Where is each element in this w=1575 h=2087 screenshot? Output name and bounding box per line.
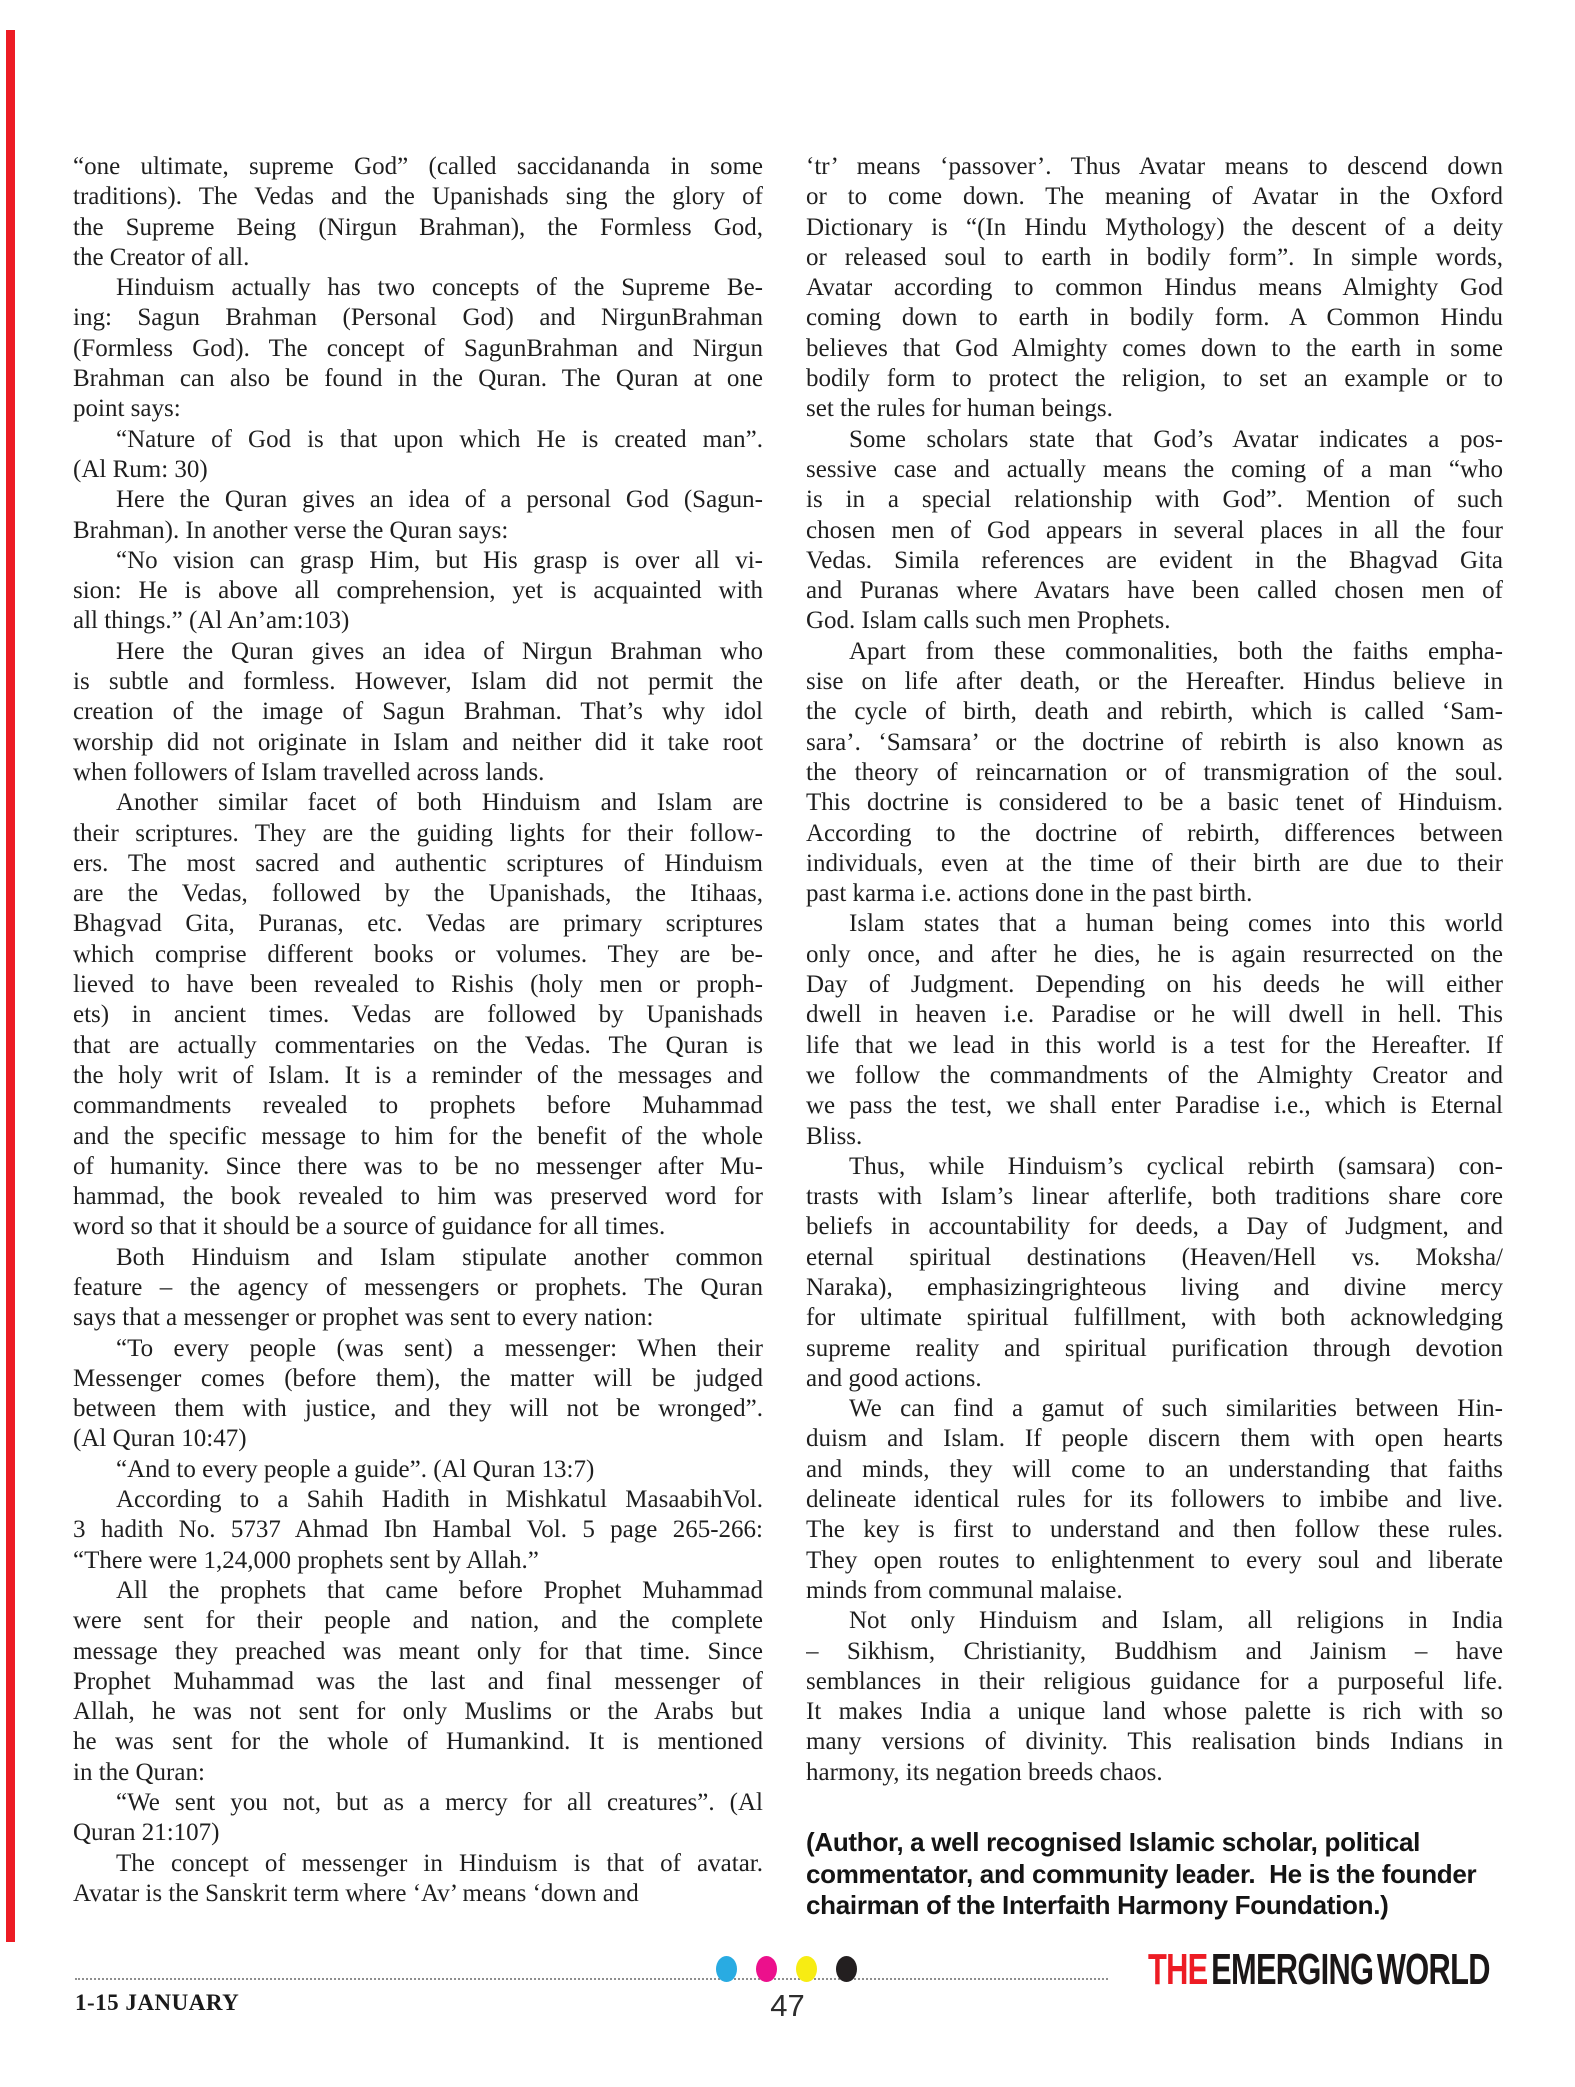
text-line: Bhagvad Gita, Puranas, etc. Vedas are pr… [73, 909, 763, 939]
magazine-page: “one ultimate, supreme God” (called sacc… [0, 0, 1575, 2087]
logo-emerging-world-text: EMERGING WORLD [1211, 1945, 1490, 1994]
text-line: the holy writ of Islam. It is a reminder… [73, 1061, 763, 1091]
paragraph: Both Hinduism and Islam stipulate anothe… [73, 1243, 763, 1334]
text-line: According to the doctrine of rebirth, di… [806, 819, 1503, 849]
text-line: commandments revealed to prophets before… [73, 1091, 763, 1121]
text-line: Day of Judgment. Depending on his deeds … [806, 970, 1503, 1000]
text-line: Hinduism actually has two concepts of th… [73, 273, 763, 303]
text-line: Here the Quran gives an idea of a person… [73, 485, 763, 515]
article-column-right: ‘tr’ means ‘passover’. Thus Avatar means… [806, 152, 1503, 1788]
text-line: Messenger comes (before them), the matte… [73, 1364, 763, 1394]
text-line: is subtle and formless. However, Islam d… [73, 667, 763, 697]
paragraph: ‘tr’ means ‘passover’. Thus Avatar means… [806, 152, 1503, 425]
text-line: delineate identical rules for its follow… [806, 1485, 1503, 1515]
text-line: Brahman). In another verse the Quran say… [73, 516, 763, 546]
author-note: (Author, a well recognised Islamic schol… [806, 1827, 1506, 1922]
text-line: Some scholars state that God’s Avatar in… [806, 425, 1503, 455]
paragraph: All the prophets that came before Prophe… [73, 1576, 763, 1788]
text-line: eternal spiritual destinations (Heaven/H… [806, 1243, 1503, 1273]
text-line: “We sent you not, but as a mercy for all… [73, 1788, 763, 1818]
text-line: Another similar facet of both Hinduism a… [73, 788, 763, 818]
text-line: Islam states that a human being comes in… [806, 909, 1503, 939]
text-line: that are actually commentaries on the Ve… [73, 1031, 763, 1061]
text-line: only once, and after he dies, he is agai… [806, 940, 1503, 970]
text-line: “There were 1,24,000 prophets sent by Al… [73, 1546, 763, 1576]
text-line: Dictionary is “(In Hindu Mythology) the … [806, 213, 1503, 243]
text-line: Apart from these commonalities, both the… [806, 637, 1503, 667]
magenta-registration-dot [756, 1956, 777, 1982]
text-line: and Puranas where Avatars have been call… [806, 576, 1503, 606]
text-line: is in a special relationship with God”. … [806, 485, 1503, 515]
text-line: Allah, he was not sent for only Muslims … [73, 1697, 763, 1727]
paragraph: Islam states that a human being comes in… [806, 909, 1503, 1151]
paragraph: “To every people (was sent) a messenger:… [73, 1334, 763, 1455]
text-line: Brahman can also be found in the Quran. … [73, 364, 763, 394]
cyan-registration-dot [716, 1956, 737, 1982]
text-line: All the prophets that came before Prophe… [73, 1576, 763, 1606]
paragraph: The concept of messenger in Hinduism is … [73, 1849, 763, 1910]
text-line: Both Hinduism and Islam stipulate anothe… [73, 1243, 763, 1273]
text-line: According to a Sahih Hadith in Mishkatul… [73, 1485, 763, 1515]
text-line: chosen men of God appears in several pla… [806, 516, 1503, 546]
text-line: creation of the image of Sagun Brahman. … [73, 697, 763, 727]
text-line: Thus, while Hinduism’s cyclical rebirth … [806, 1152, 1503, 1182]
text-line: lieved to have been revealed to Rishis (… [73, 970, 763, 1000]
text-line: sara’. ‘Samsara’ or the doctrine of rebi… [806, 728, 1503, 758]
paragraph: Not only Hinduism and Islam, all religio… [806, 1606, 1503, 1788]
text-line: “Nature of God is that upon which He is … [73, 425, 763, 455]
text-line: Prophet Muhammad was the last and final … [73, 1667, 763, 1697]
text-line: and minds, they will come to an understa… [806, 1455, 1503, 1485]
text-line: between them with justice, and they will… [73, 1394, 763, 1424]
text-line: he was sent for the whole of Humankind. … [73, 1727, 763, 1757]
text-line: sise on life after death, or the Hereaft… [806, 667, 1503, 697]
text-line: believes that God Almighty comes down to… [806, 334, 1503, 364]
text-line: ets) in ancient times. Vedas are followe… [73, 1000, 763, 1030]
text-line: the theory of reincarnation or of transm… [806, 758, 1503, 788]
text-line: the Creator of all. [73, 243, 763, 273]
text-line: semblances in their religious guidance f… [806, 1667, 1503, 1697]
text-line: says that a messenger or prophet was sen… [73, 1303, 763, 1333]
text-line: sessive case and actually means the comi… [806, 455, 1503, 485]
text-line: their scriptures. They are the guiding l… [73, 819, 763, 849]
text-line: Naraka), emphasizingrighteous living and… [806, 1273, 1503, 1303]
text-line: “To every people (was sent) a messenger:… [73, 1334, 763, 1364]
text-line: Avatar according to common Hindus means … [806, 273, 1503, 303]
text-line: past karma i.e. actions done in the past… [806, 879, 1503, 909]
text-line: we pass the test, we shall enter Paradis… [806, 1091, 1503, 1121]
text-line: “No vision can grasp Him, but His grasp … [73, 546, 763, 576]
text-line: and the specific message to him for the … [73, 1122, 763, 1152]
text-line: (Al Quran 10:47) [73, 1424, 763, 1454]
text-line: – Sikhism, Christianity, Buddhism and Ja… [806, 1637, 1503, 1667]
text-line: supreme reality and spiritual purificati… [806, 1334, 1503, 1364]
text-line: worship did not originate in Islam and n… [73, 728, 763, 758]
paragraph: Thus, while Hinduism’s cyclical rebirth … [806, 1152, 1503, 1394]
text-line: sion: He is above all comprehension, yet… [73, 576, 763, 606]
text-line: or released soul to earth in bodily form… [806, 243, 1503, 273]
text-line: (Al Rum: 30) [73, 455, 763, 485]
text-line: Not only Hinduism and Islam, all religio… [806, 1606, 1503, 1636]
author-note-line: commentator, and community leader. He is… [806, 1859, 1506, 1891]
issue-date-label: 1-15 JANUARY [75, 1990, 239, 2016]
text-line: and good actions. [806, 1364, 1503, 1394]
text-line: dwell in heaven i.e. Paradise or he will… [806, 1000, 1503, 1030]
text-line: (Formless God). The concept of SagunBrah… [73, 334, 763, 364]
text-line: are the Vedas, followed by the Upanishad… [73, 879, 763, 909]
text-line: “one ultimate, supreme God” (called sacc… [73, 152, 763, 182]
paragraph: According to a Sahih Hadith in Mishkatul… [73, 1485, 763, 1576]
text-line: minds from communal malaise. [806, 1576, 1503, 1606]
publication-logo: THE EMERGING WORLD [1148, 1948, 1490, 1992]
text-line: The concept of messenger in Hinduism is … [73, 1849, 763, 1879]
text-line: Bliss. [806, 1122, 1503, 1152]
text-line: for ultimate spiritual fulfillment, with… [806, 1303, 1503, 1333]
text-line: Here the Quran gives an idea of Nirgun B… [73, 637, 763, 667]
text-line: coming down to earth in bodily form. A C… [806, 303, 1503, 333]
text-line: message they preached was meant only for… [73, 1637, 763, 1667]
logo-the-text: THE [1148, 1945, 1208, 1994]
text-line: word so that it should be a source of gu… [73, 1212, 763, 1242]
text-line: “And to every people a guide”. (Al Quran… [73, 1455, 763, 1485]
author-note-line: (Author, a well recognised Islamic schol… [806, 1827, 1506, 1859]
text-line: ‘tr’ means ‘passover’. Thus Avatar means… [806, 152, 1503, 182]
text-line: set the rules for human beings. [806, 394, 1503, 424]
author-note-line: chairman of the Interfaith Harmony Found… [806, 1890, 1506, 1922]
text-line: of humanity. Since there was to be no me… [73, 1152, 763, 1182]
text-line: feature – the agency of messengers or pr… [73, 1273, 763, 1303]
text-line: Avatar is the Sanskrit term where ‘Av’ m… [73, 1879, 763, 1909]
text-line: the Supreme Being (Nirgun Brahman), the … [73, 213, 763, 243]
text-line: life that we lead in this world is a tes… [806, 1031, 1503, 1061]
paragraph: Apart from these commonalities, both the… [806, 637, 1503, 910]
paragraph: Here the Quran gives an idea of a person… [73, 485, 763, 546]
text-line: They open routes to enlightenment to eve… [806, 1546, 1503, 1576]
paragraph: “And to every people a guide”. (Al Quran… [73, 1455, 763, 1485]
text-line: God. Islam calls such men Prophets. [806, 606, 1503, 636]
paragraph: “We sent you not, but as a mercy for all… [73, 1788, 763, 1849]
text-line: many versions of divinity. This realisat… [806, 1727, 1503, 1757]
paragraph: Another similar facet of both Hinduism a… [73, 788, 763, 1242]
text-line: beliefs in accountability for deeds, a D… [806, 1212, 1503, 1242]
text-line: This doctrine is considered to be a basi… [806, 788, 1503, 818]
text-line: ing: Sagun Brahman (Personal God) and Ni… [73, 303, 763, 333]
text-line: hammad, the book revealed to him was pre… [73, 1182, 763, 1212]
text-line: we follow the commandments of the Almigh… [806, 1061, 1503, 1091]
text-line: 3 hadith No. 5737 Ahmad Ibn Hambal Vol. … [73, 1515, 763, 1545]
text-line: duism and Islam. If people discern them … [806, 1424, 1503, 1454]
text-line: It makes India a unique land whose palet… [806, 1697, 1503, 1727]
paragraph: Some scholars state that God’s Avatar in… [806, 425, 1503, 637]
text-line: We can find a gamut of such similarities… [806, 1394, 1503, 1424]
text-line: individuals, even at the time of their b… [806, 849, 1503, 879]
text-line: point says: [73, 394, 763, 424]
text-line: were sent for their people and nation, a… [73, 1606, 763, 1636]
text-line: traditions). The Vedas and the Upanishad… [73, 182, 763, 212]
text-line: when followers of Islam travelled across… [73, 758, 763, 788]
text-line: in the Quran: [73, 1758, 763, 1788]
article-column-left: “one ultimate, supreme God” (called sacc… [73, 152, 763, 1909]
text-line: ers. The most sacred and authentic scrip… [73, 849, 763, 879]
text-line: or to come down. The meaning of Avatar i… [806, 182, 1503, 212]
text-line: all things.” (Al An’am:103) [73, 606, 763, 636]
text-line: the cycle of birth, death and rebirth, w… [806, 697, 1503, 727]
text-line: The key is first to understand and then … [806, 1515, 1503, 1545]
paragraph: Hinduism actually has two concepts of th… [73, 273, 763, 424]
page-number: 47 [770, 1988, 804, 2024]
cmyk-registration-dots [716, 1956, 857, 1982]
text-line: trasts with Islam’s linear afterlife, bo… [806, 1182, 1503, 1212]
paragraph: We can find a gamut of such similarities… [806, 1394, 1503, 1606]
left-edge-accent-bar [6, 30, 15, 1942]
text-line: harmony, its negation breeds chaos. [806, 1758, 1503, 1788]
text-line: Vedas. Simila references are evident in … [806, 546, 1503, 576]
paragraph: “one ultimate, supreme God” (called sacc… [73, 152, 763, 273]
yellow-registration-dot [796, 1956, 817, 1982]
black-registration-dot [836, 1956, 857, 1982]
paragraph: “No vision can grasp Him, but His grasp … [73, 546, 763, 637]
footer-dotted-rule [75, 1978, 1108, 1980]
text-line: Quran 21:107) [73, 1818, 763, 1848]
paragraph: Here the Quran gives an idea of Nirgun B… [73, 637, 763, 788]
text-line: bodily form to protect the religion, to … [806, 364, 1503, 394]
paragraph: “Nature of God is that upon which He is … [73, 425, 763, 486]
text-line: which comprise different books or volume… [73, 940, 763, 970]
